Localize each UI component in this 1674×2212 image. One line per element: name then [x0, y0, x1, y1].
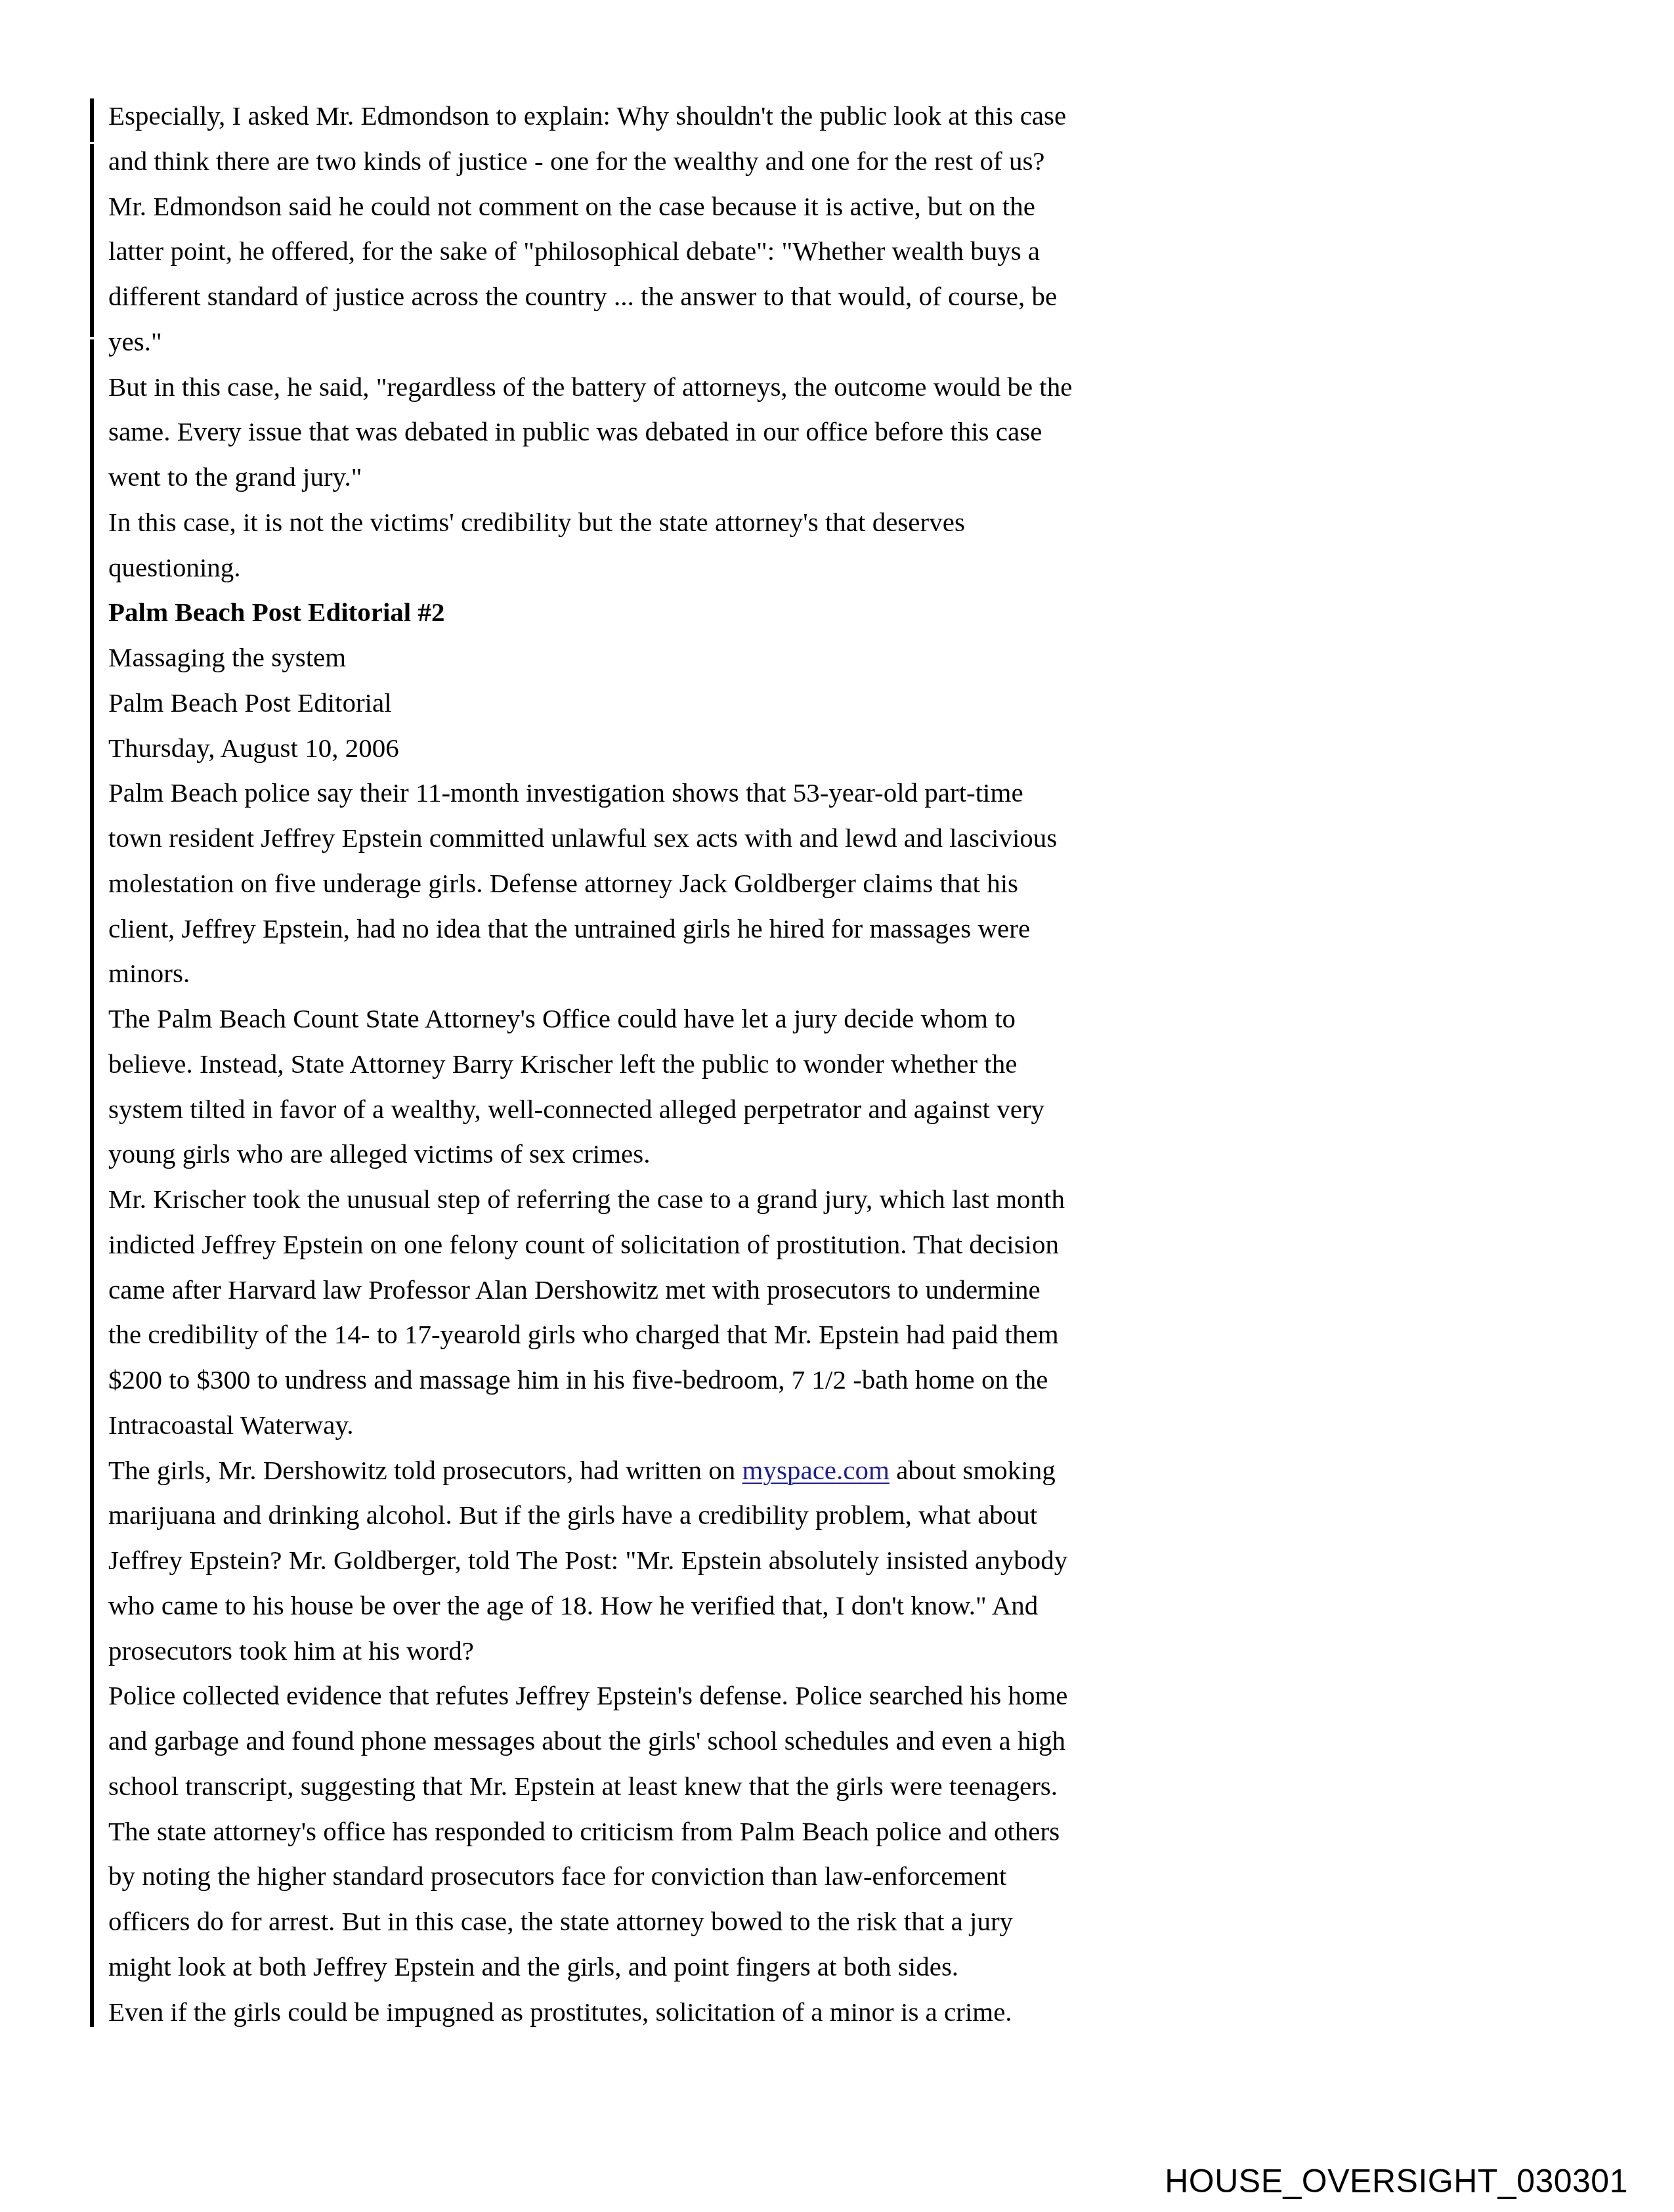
text-line: Intracoastal Waterway. [108, 1402, 1132, 1448]
text-line: went to the grand jury." [108, 454, 1132, 500]
change-bar-segment [90, 144, 94, 337]
text-segment: The girls, Mr. Dershowitz told prosecuto… [108, 1455, 742, 1485]
text-line: the credibility of the 14- to 17-yearold… [108, 1312, 1132, 1357]
text-line: officers do for arrest. But in this case… [108, 1899, 1132, 1944]
text-line: In this case, it is not the victims' cre… [108, 500, 1132, 545]
text-line: by noting the higher standard prosecutor… [108, 1854, 1132, 1899]
text-line: school transcript, suggesting that Mr. E… [108, 1764, 1132, 1809]
editorial-date: Thursday, August 10, 2006 [108, 726, 1132, 771]
text-line: and think there are two kinds of justice… [108, 139, 1132, 184]
text-line: But in this case, he said, "regardless o… [108, 364, 1132, 410]
text-line: Mr. Krischer took the unusual step of re… [108, 1177, 1132, 1222]
text-line: minors. [108, 951, 1132, 996]
editorial-source: Palm Beach Post Editorial [108, 680, 1132, 726]
editorial-body: Especially, I asked Mr. Edmondson to exp… [108, 93, 1132, 2034]
text-line: marijuana and drinking alcohol. But if t… [108, 1492, 1132, 1538]
change-bar-segment [90, 339, 94, 2027]
text-line: Even if the girls could be impugned as p… [108, 1989, 1132, 2035]
text-line: $200 to $300 to undress and massage him … [108, 1357, 1132, 1402]
text-line: came after Harvard law Professor Alan De… [108, 1267, 1132, 1312]
text-line: The state attorney's office has responde… [108, 1809, 1132, 1854]
text-line: prosecutors took him at his word? [108, 1628, 1132, 1674]
text-line: different standard of justice across the… [108, 274, 1132, 319]
myspace-link[interactable]: myspace.com [742, 1455, 890, 1485]
change-bar-segment [90, 98, 94, 142]
text-line: Palm Beach police say their 11-month inv… [108, 770, 1132, 815]
bates-number: HOUSE_OVERSIGHT_030301 [1165, 2161, 1628, 2201]
text-line: believe. Instead, State Attorney Barry K… [108, 1041, 1132, 1087]
text-line: yes." [108, 319, 1132, 364]
text-line: The Palm Beach Count State Attorney's Of… [108, 996, 1132, 1041]
text-line: molestation on five underage girls. Defe… [108, 861, 1132, 906]
text-line: Jeffrey Epstein? Mr. Goldberger, told Th… [108, 1538, 1132, 1583]
text-line: system tilted in favor of a wealthy, wel… [108, 1087, 1132, 1132]
document-page: Especially, I asked Mr. Edmondson to exp… [0, 0, 1674, 2212]
text-line: Mr. Edmondson said he could not comment … [108, 184, 1132, 229]
text-line: Police collected evidence that refutes J… [108, 1673, 1132, 1718]
text-line: young girls who are alleged victims of s… [108, 1131, 1132, 1177]
text-line: might look at both Jeffrey Epstein and t… [108, 1944, 1132, 1989]
text-line: and garbage and found phone messages abo… [108, 1718, 1132, 1764]
text-line: who came to his house be over the age of… [108, 1583, 1132, 1628]
text-segment: about smoking [890, 1455, 1056, 1485]
text-line: The girls, Mr. Dershowitz told prosecuto… [108, 1448, 1132, 1493]
text-line: latter point, he offered, for the sake o… [108, 228, 1132, 274]
text-line: town resident Jeffrey Epstein committed … [108, 815, 1132, 861]
text-line: client, Jeffrey Epstein, had no idea tha… [108, 906, 1132, 951]
text-line: questioning. [108, 545, 1132, 590]
text-line: same. Every issue that was debated in pu… [108, 409, 1132, 454]
text-line: Especially, I asked Mr. Edmondson to exp… [108, 93, 1132, 139]
text-line: indicted Jeffrey Epstein on one felony c… [108, 1222, 1132, 1267]
editorial-title: Massaging the system [108, 635, 1132, 680]
section-heading: Palm Beach Post Editorial #2 [108, 590, 1132, 635]
